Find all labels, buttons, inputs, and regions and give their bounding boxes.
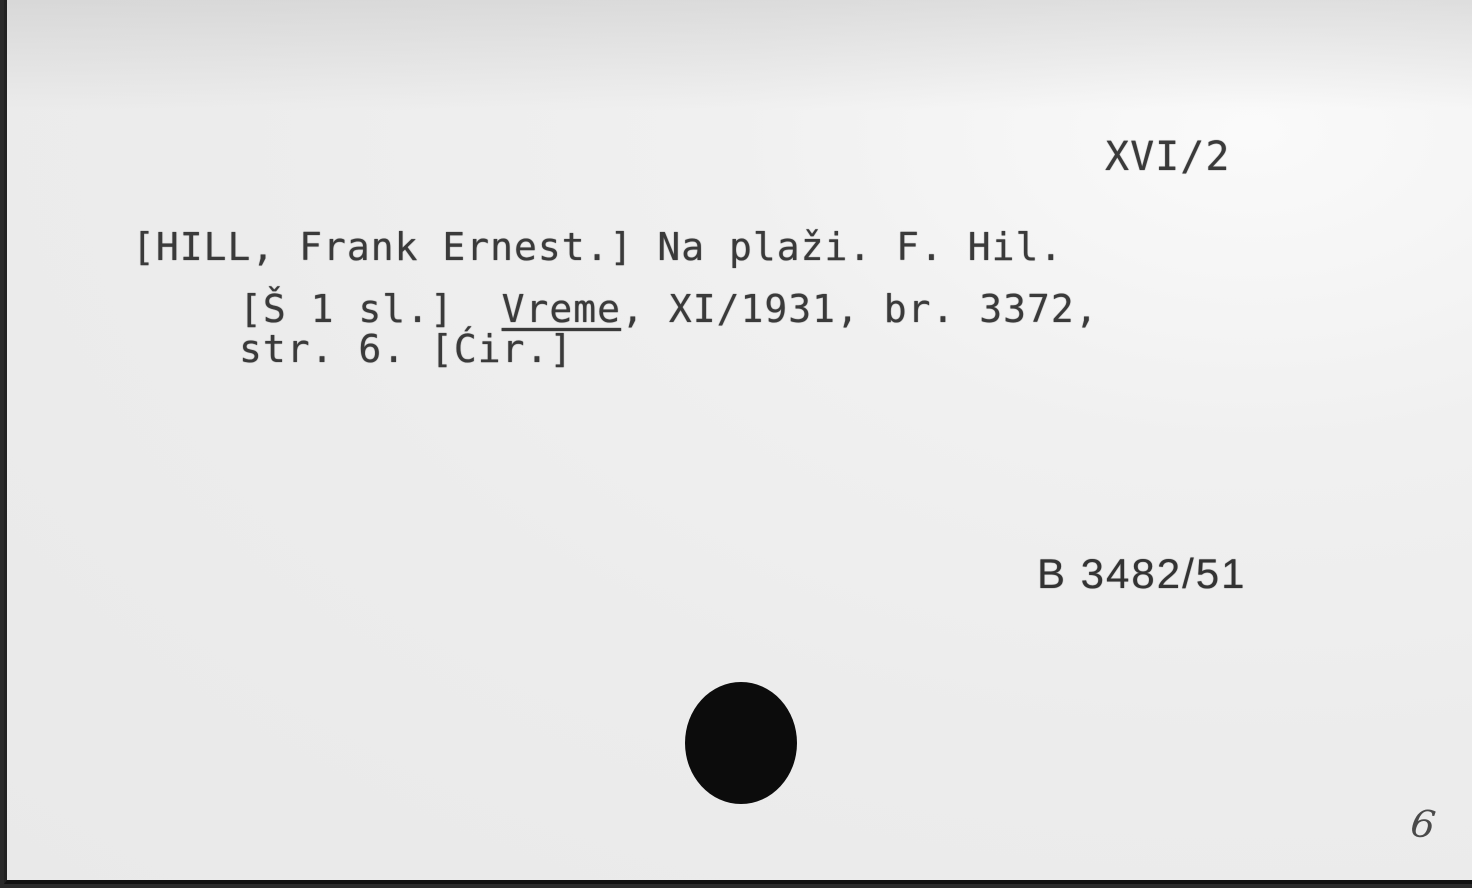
handwritten-mark: 6: [1408, 801, 1438, 848]
entry-line-1: [HILL, Frank Ernest.] Na plaži. F. Hil.: [132, 228, 1063, 266]
author-heading: [HILL, Frank Ernest.]: [132, 225, 633, 269]
catalog-card: XVI/2 [HILL, Frank Ernest.] Na plaži. F.…: [4, 0, 1472, 884]
entry-line-3: str. 6. [Ćir.]: [239, 330, 573, 368]
entry-line-2: [Š 1 sl.] Vreme, XI/1931, br. 3372,: [239, 290, 1099, 328]
illustration-note: [Š 1 sl.]: [239, 287, 502, 331]
title: Na plaži. F. Hil.: [633, 225, 1063, 269]
accession-number: B 3482/51: [1037, 553, 1247, 595]
punch-hole: [685, 682, 797, 804]
issue-info: , XI/1931, br. 3372,: [621, 287, 1099, 331]
source-publication: Vreme: [502, 287, 621, 331]
call-number: XVI/2: [1105, 137, 1230, 177]
